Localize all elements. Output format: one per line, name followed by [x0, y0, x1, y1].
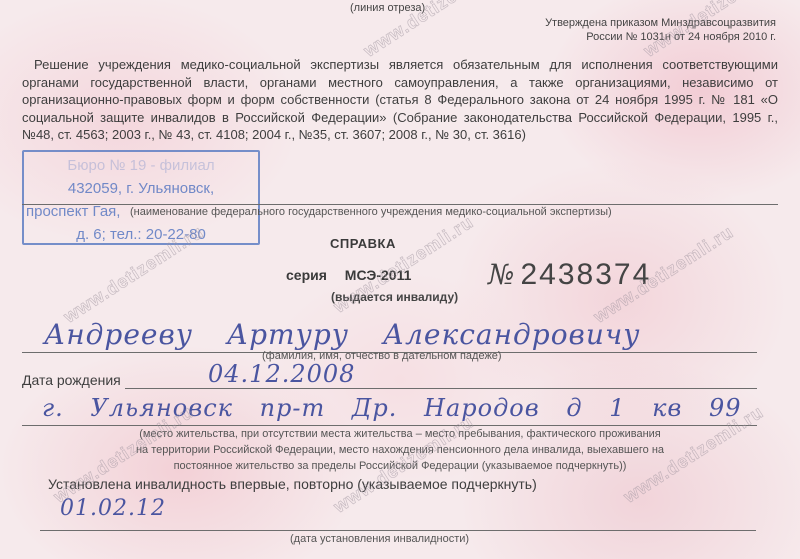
legal-notice-text: Решение учреждения медико-социальной экс…: [22, 56, 778, 144]
dob-field: 04.12.2008: [208, 360, 355, 388]
series-label: серия: [286, 267, 327, 283]
dob-underline: [125, 388, 757, 389]
cut-line-label: (линия отреза): [350, 2, 425, 14]
full-name-field: Андрееву Артуру Александровичу: [44, 318, 641, 351]
series-value: МСЭ-2011: [345, 267, 412, 283]
address-caption-line-2: на территории Российской Федерации, мест…: [40, 442, 760, 458]
series: серия МСЭ-2011: [286, 267, 411, 283]
address-caption-line-1: (место жительства, при отсутствии места …: [40, 426, 760, 442]
institution-stamp: Бюро № 19 - филиал 432059, г. Ульяновск,…: [22, 150, 260, 245]
approval-line-2: России № 1031н от 24 ноября 2010 г.: [545, 30, 776, 44]
disability-established-label: Установлена инвалидность впервые, повтор…: [48, 476, 537, 492]
org-underline: [22, 204, 778, 205]
address-caption-line-3: постоянное жительство за пределы Российс…: [40, 458, 760, 474]
approval-line-1: Утверждена приказом Минздравсоцразвития: [545, 16, 776, 30]
established-date-field: 01.02.12: [60, 496, 166, 521]
established-date-caption: (дата установления инвалидности): [290, 533, 469, 545]
number-sign: №: [488, 258, 515, 291]
address-caption: (место жительства, при отсутствии места …: [40, 426, 760, 474]
issued-to-note: (выдается инвалиду): [331, 290, 458, 304]
stamp-line-4: д. 6; тел.: 20-22-80: [24, 223, 258, 246]
legal-notice: Решение учреждения медико-социальной экс…: [22, 56, 778, 144]
stamp-line-2: 432059, г. Ульяновск,: [24, 177, 258, 200]
dob-label: Дата рождения: [22, 372, 121, 388]
org-caption: (наименование федерального государственн…: [130, 206, 612, 218]
document-title: СПРАВКА: [330, 236, 396, 251]
address-field: г. Ульяновск пр-т Др. Народов д 1 кв 99: [42, 394, 742, 422]
stamp-line-1: Бюро № 19 - филиал: [24, 154, 258, 177]
certificate-number: №2438374: [488, 258, 651, 292]
established-date-underline: [40, 530, 756, 531]
number-value: 2438374: [521, 258, 652, 291]
approval-note: Утверждена приказом Минздравсоцразвития …: [545, 16, 776, 44]
